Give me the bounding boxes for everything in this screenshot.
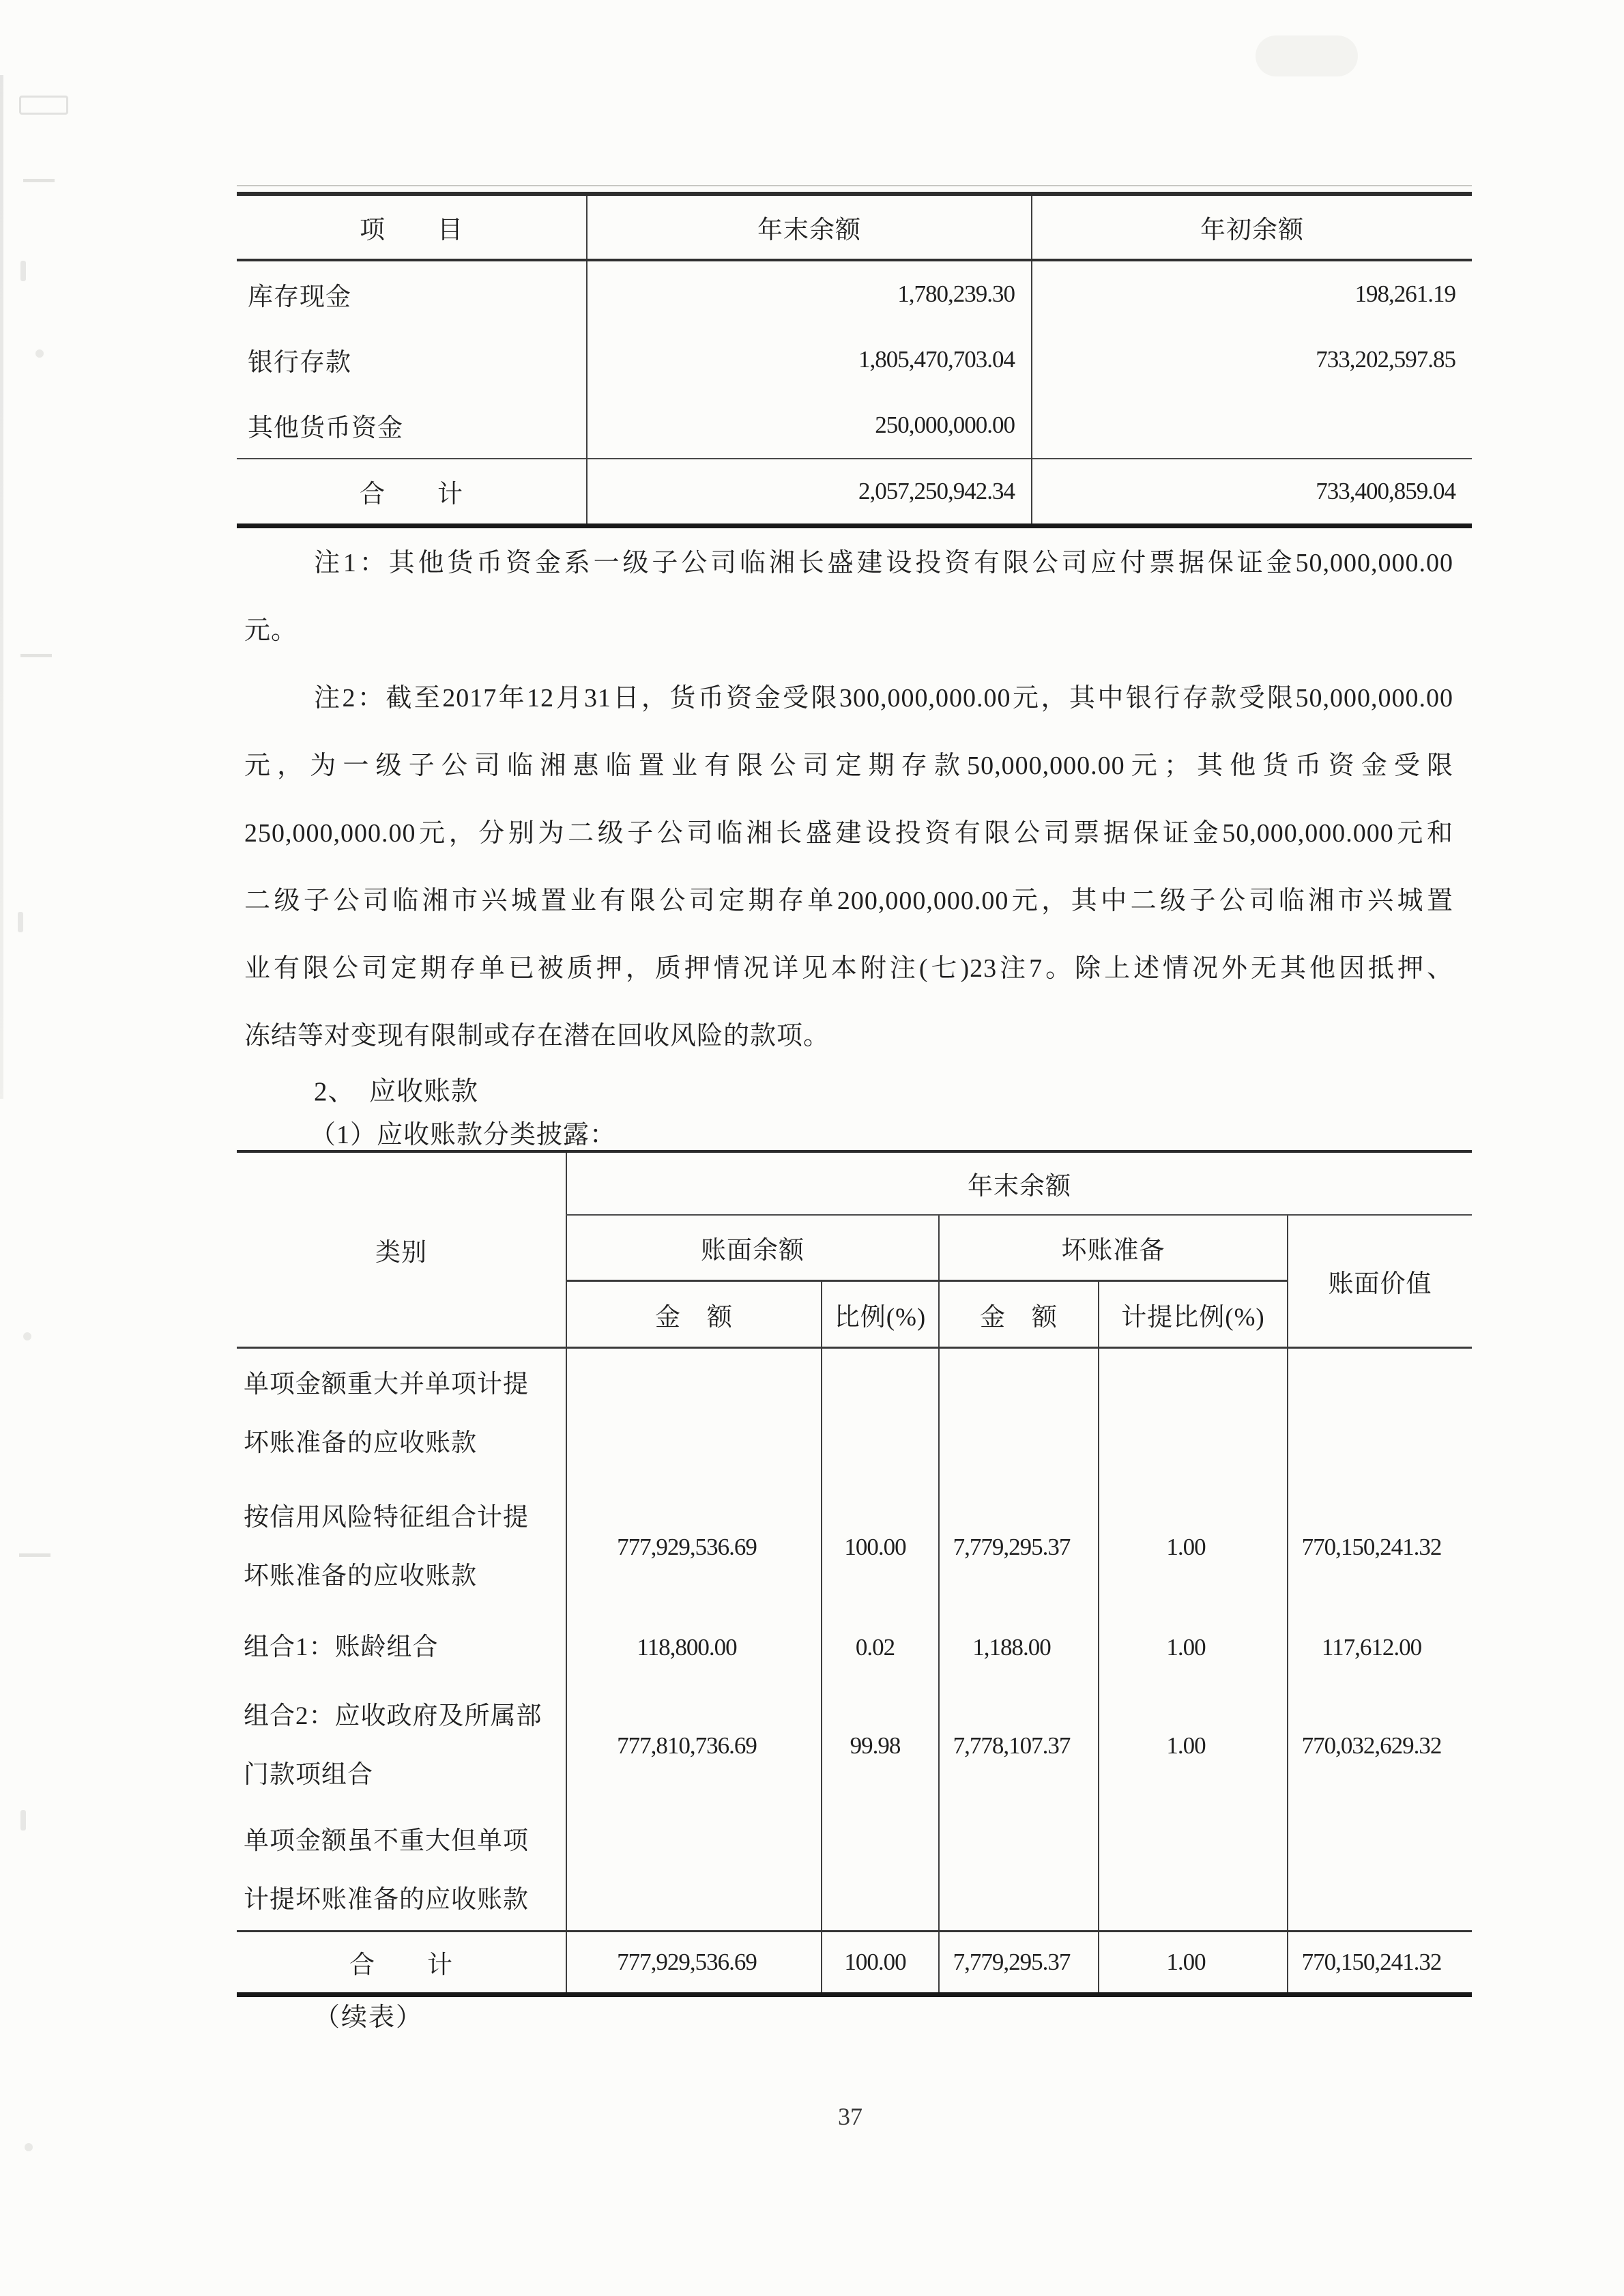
header-year-end: 年末余额 [566,1151,1472,1215]
row-label: 其他货币资金 [237,392,587,459]
scan-artifact [35,349,44,358]
row-bad-ratio: 1.00 [1099,1680,1288,1811]
scan-artifact [18,912,23,932]
row-bad-amount: 7,779,295.37 [939,1480,1099,1614]
receivables-table: 类别 年末余额 账面余额 坏账准备 账面价值 金 额 比例(%) 金 额 计提比… [237,1150,1472,1997]
header-ratio: 比例(%) [822,1281,939,1348]
note-2-line: 业有限公司定期存单已被质押，质押情况详见本附注(七)23注7。除上述情况外无其他… [244,935,1453,1003]
total-bad-ratio: 1.00 [1099,1932,1288,1995]
total-year-begin-value: 733,400,859.04 [1032,459,1472,526]
row-label-line: 门款项组合 [244,1746,565,1805]
total-book-value: 770,150,241.32 [1288,1932,1472,1995]
table-rule-echo [237,185,1472,186]
row-amount: 777,810,736.69 [566,1680,822,1811]
row-label-line: 组合2：应收政府及所属部 [244,1687,565,1746]
header-category: 类别 [237,1151,566,1348]
row-book-value: 770,032,629.32 [1288,1680,1472,1811]
notes-block: 注1：其他货币资金系一级子公司临湘长盛建设投资有限公司应付票据保证金50,000… [244,530,1453,1070]
row-bad-ratio [1099,1348,1288,1480]
row-amount [566,1348,822,1480]
header-amount: 金 额 [566,1281,822,1348]
header-provision-ratio: 计提比例(%) [1099,1281,1288,1348]
row-book-value [1288,1811,1472,1932]
note-2-line: 冻结等对变现有限制或存在潜在回收风险的款项。 [244,1003,1453,1070]
row-book-value: 770,150,241.32 [1288,1480,1472,1614]
row-label-line: 计提坏账准备的应收账款 [244,1871,565,1929]
table-row: 其他货币资金 250,000,000.00 [237,392,1472,459]
row-label-line: 单项金额重大并单项计提 [244,1355,565,1414]
header-item: 项 目 [237,194,587,260]
scan-artifact [1256,35,1358,76]
total-amount: 777,929,536.69 [566,1932,822,1995]
row-bad-amount [939,1348,1099,1480]
row-bad-amount [939,1811,1099,1932]
row-book-value [1288,1348,1472,1480]
row-label-line: 组合1：账龄组合 [244,1618,565,1677]
scanned-report-page: { "document": { "page_number": "37", "co… [0,0,1624,2296]
row-year-begin-value: 198,261.19 [1032,260,1472,327]
row-label: 银行存款 [237,327,587,392]
header-row-year-end: 类别 年末余额 [237,1151,1472,1215]
monetary-funds-table: 项 目 年末余额 年初余额 库存现金 1,780,239.30 198,261.… [237,192,1472,528]
header-book-value: 账面价值 [1288,1215,1472,1348]
row-label-line: 单项金额虽不重大但单项 [244,1812,565,1871]
continued-table-note: （续表） [244,1988,858,2048]
row-label-line: 坏账准备的应收账款 [244,1547,565,1606]
row-amount: 118,800.00 [566,1614,822,1680]
total-label: 合 计 [237,459,587,526]
row-label: 按信用风险特征组合计提 坏账准备的应收账款 [237,1480,566,1614]
row-bad-ratio: 1.00 [1099,1614,1288,1680]
row-label-line: 按信用风险特征组合计提 [244,1489,565,1547]
row-year-end-value: 250,000,000.00 [587,392,1032,459]
total-ratio: 100.00 [822,1932,939,1995]
total-bad-amount: 7,779,295.37 [939,1932,1099,1995]
table-total-row: 合 计 777,929,536.69 100.00 7,779,295.37 1… [237,1932,1472,1995]
row-year-begin-value: 733,202,597.85 [1032,327,1472,392]
scan-artifact [19,96,68,115]
row-ratio [822,1348,939,1480]
row-year-begin-value [1032,392,1472,459]
row-book-value: 117,612.00 [1288,1614,1472,1680]
table-row: 库存现金 1,780,239.30 198,261.19 [237,260,1472,327]
header-year-end: 年末余额 [587,194,1032,260]
note-2-line: 二级子公司临湘市兴城置业有限公司定期存单200,000,000.00元，其中二级… [244,867,1453,935]
row-amount [566,1811,822,1932]
table-row: 单项金额重大并单项计提 坏账准备的应收账款 [237,1348,1472,1480]
row-label-line: 坏账准备的应收账款 [244,1414,565,1473]
row-label: 组合2：应收政府及所属部 门款项组合 [237,1680,566,1811]
table-row: 按信用风险特征组合计提 坏账准备的应收账款 777,929,536.69 100… [237,1480,1472,1614]
note-1-line: 注1：其他货币资金系一级子公司临湘长盛建设投资有限公司应付票据保证金50,000… [244,530,1453,597]
note-1-line: 元。 [244,597,1453,665]
header-year-begin: 年初余额 [1032,194,1472,260]
table-row: 组合2：应收政府及所属部 门款项组合 777,810,736.69 99.98 … [237,1680,1472,1811]
row-label: 库存现金 [237,260,587,327]
row-label: 单项金额虽不重大但单项 计提坏账准备的应收账款 [237,1811,566,1932]
note-2-line: 250,000,000.00元，分别为二级子公司临湘长盛建设投资有限公司票据保证… [244,800,1453,867]
row-bad-amount: 7,778,107.37 [939,1680,1099,1811]
table-total-row: 合 计 2,057,250,942.34 733,400,859.04 [237,459,1472,526]
row-bad-amount: 1,188.00 [939,1614,1099,1680]
scan-artifact [20,261,26,281]
row-label: 组合1：账龄组合 [237,1614,566,1680]
row-ratio: 99.98 [822,1680,939,1811]
table-row: 银行存款 1,805,470,703.04 733,202,597.85 [237,327,1472,392]
header-bad-debt-provision: 坏账准备 [939,1215,1288,1281]
row-year-end-value: 1,805,470,703.04 [587,327,1032,392]
row-amount: 777,929,536.69 [566,1480,822,1614]
scan-artifact [23,179,55,182]
scan-edge-shadow [0,75,3,1099]
scan-artifact [23,1332,31,1340]
total-label: 合 计 [237,1932,566,1995]
table-row: 单项金额虽不重大但单项 计提坏账准备的应收账款 [237,1811,1472,1932]
row-ratio: 0.02 [822,1614,939,1680]
header-book-balance: 账面余额 [566,1215,939,1281]
row-year-end-value: 1,780,239.30 [587,260,1032,327]
note-2-line: 注2：截至2017年12月31日，货币资金受限300,000,000.00元，其… [244,665,1453,732]
scan-artifact [19,1553,50,1557]
row-ratio: 100.00 [822,1480,939,1614]
table-header-row: 项 目 年末余额 年初余额 [237,194,1472,260]
table-row: 组合1：账龄组合 118,800.00 0.02 1,188.00 1.00 1… [237,1614,1472,1680]
row-ratio [822,1811,939,1932]
header-amount: 金 额 [939,1281,1099,1348]
scan-artifact [25,2143,33,2151]
row-bad-ratio [1099,1811,1288,1932]
scan-artifact [20,654,52,657]
note-2-line: 元，为一级子公司临湘惠临置业有限公司定期存款50,000,000.00元；其他货… [244,732,1453,800]
total-year-end-value: 2,057,250,942.34 [587,459,1032,526]
page-number: 37 [838,2102,862,2131]
row-label: 单项金额重大并单项计提 坏账准备的应收账款 [237,1348,566,1480]
row-bad-ratio: 1.00 [1099,1480,1288,1614]
scan-artifact [20,1810,26,1831]
